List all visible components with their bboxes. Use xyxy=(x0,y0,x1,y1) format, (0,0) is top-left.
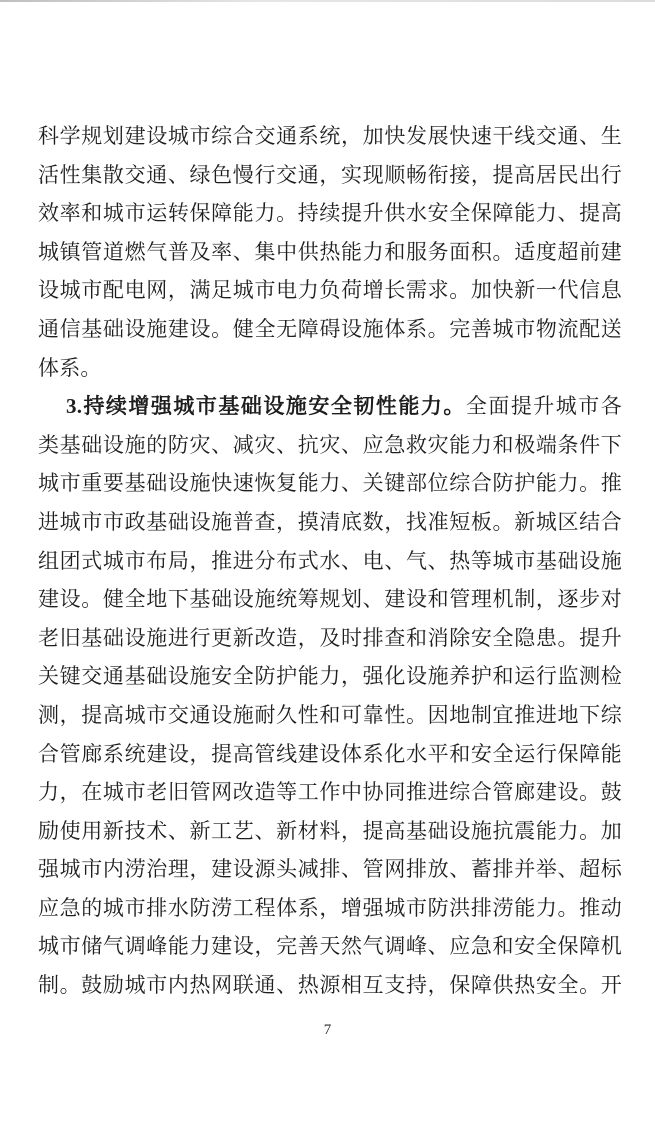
text-line: 应急的城市排水防涝工程体系，增强城市防洪排涝能力。推动 xyxy=(38,889,622,928)
text-line: 进城市市政基础设施普查，摸清底数，找准短板。新城区结合 xyxy=(38,503,622,542)
text-line: 活性集散交通、绿色慢行交通，实现顺畅衔接，提高居民出行 xyxy=(38,156,622,195)
text-line: 励使用新技术、新工艺、新材料，提高基础设施抗震能力。加 xyxy=(38,812,622,851)
text-line: 设城市配电网，满足城市电力负荷增长需求。加快新一代信息 xyxy=(38,271,622,310)
text-line: 类基础设施的防灾、减灾、抗灾、应急救灾能力和极端条件下 xyxy=(38,426,622,465)
text-line: 科学规划建设城市综合交通系统，加快发展快速干线交通、生 xyxy=(38,117,622,156)
inline-bold-heading: 3.持续增强城市基础设施安全韧性能力。 xyxy=(66,394,466,418)
text-line: 3.持续增强城市基础设施安全韧性能力。全面提升城市各 xyxy=(38,387,622,426)
page-number: 7 xyxy=(0,1019,655,1041)
text-line: 合管廊系统建设，提高管线建设体系化水平和安全运行保障能 xyxy=(38,735,622,774)
text-line: 城镇管道燃气普及率、集中供热能力和服务面积。适度超前建 xyxy=(38,233,622,272)
text-line: 组团式城市布局，推进分布式水、电、气、热等城市基础设施 xyxy=(38,542,622,581)
document-body-text: 科学规划建设城市综合交通系统，加快发展快速干线交通、生 活性集散交通、绿色慢行交… xyxy=(38,117,622,1005)
text-line: 老旧基础设施进行更新改造，及时排查和消除安全隐患。提升 xyxy=(38,619,622,658)
text-run: 全面提升城市各 xyxy=(466,394,622,418)
text-line: 效率和城市运转保障能力。持续提升供水安全保障能力、提高 xyxy=(38,194,622,233)
paragraph-item-3: 3.持续增强城市基础设施安全韧性能力。全面提升城市各 类基础设施的防灾、减灾、抗… xyxy=(38,387,622,1005)
text-line: 体系。 xyxy=(38,349,622,388)
text-line: 通信基础设施建设。健全无障碍设施体系。完善城市物流配送 xyxy=(38,310,622,349)
scan-edge-artifact xyxy=(0,0,655,2)
text-line: 城市重要基础设施快速恢复能力、关键部位综合防护能力。推 xyxy=(38,464,622,503)
text-line: 力，在城市老旧管网改造等工作中协同推进综合管廊建设。鼓 xyxy=(38,773,622,812)
text-line: 关键交通基础设施安全防护能力，强化设施养护和运行监测检 xyxy=(38,657,622,696)
text-line: 测，提高城市交通设施耐久性和可靠性。因地制宜推进地下综 xyxy=(38,696,622,735)
paragraph-continued: 科学规划建设城市综合交通系统，加快发展快速干线交通、生 活性集散交通、绿色慢行交… xyxy=(38,117,622,387)
text-line: 制。鼓励城市内热网联通、热源相互支持，保障供热安全。开 xyxy=(38,966,622,1005)
text-line: 城市储气调峰能力建设，完善天然气调峰、应急和安全保障机 xyxy=(38,927,622,966)
text-line: 建设。健全地下基础设施统筹规划、建设和管理机制，逐步对 xyxy=(38,580,622,619)
text-line: 强城市内涝治理，建设源头减排、管网排放、蓄排并举、超标 xyxy=(38,850,622,889)
